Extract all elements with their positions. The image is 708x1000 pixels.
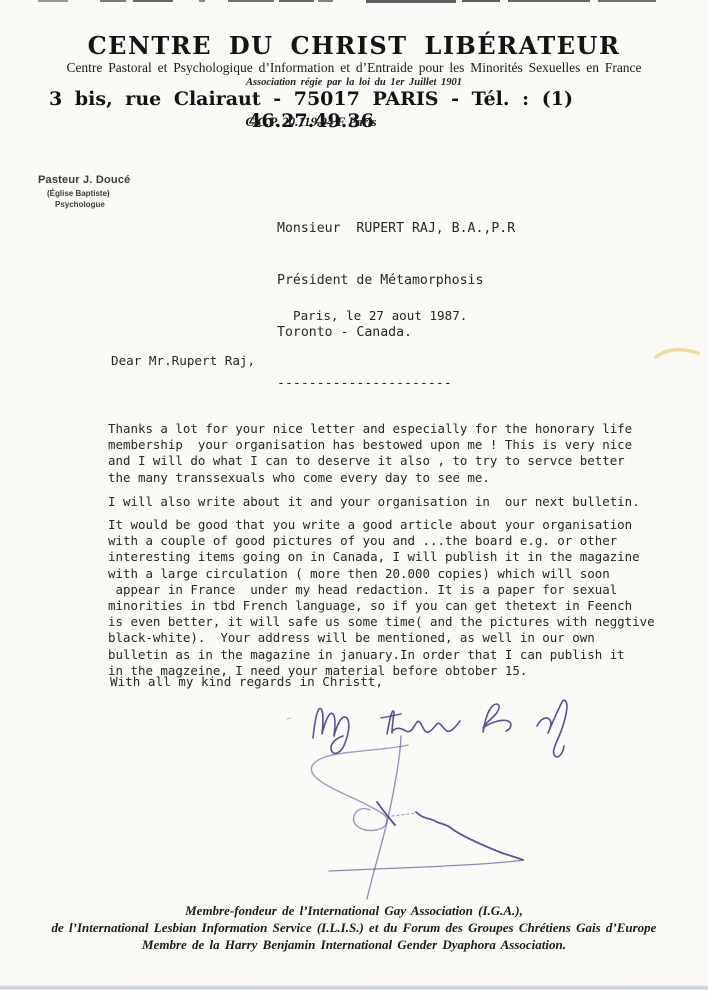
- recipient-block: Monsieur RUPERT RAJ, B.A.,P.R Président …: [277, 186, 515, 427]
- handwriting-stray-mark: [287, 718, 291, 719]
- recipient-role: Président de Métamorphosis: [277, 272, 515, 289]
- footer-line-1: Membre-fondeur de l’International Gay As…: [0, 902, 708, 919]
- closing-line: With all my kind regards in Christt,: [110, 674, 383, 689]
- signature-loop: [311, 745, 408, 830]
- body-paragraph-3: It would be good that you write a good a…: [108, 517, 655, 679]
- body-paragraph-2: I will also write about it and your orga…: [108, 494, 640, 510]
- handwriting-word-thanks: [392, 721, 460, 732]
- recipient-name: Monsieur RUPERT RAJ, B.A.,P.R: [277, 220, 515, 237]
- org-title: CENTRE DU CHRIST LIBÉRATEUR: [0, 31, 708, 60]
- handwriting-word-all: [537, 700, 567, 757]
- recipient-underline: ----------------------: [277, 375, 515, 392]
- footer-line-3: Membre de la Harry Benjamin Internationa…: [0, 936, 708, 953]
- signature-squiggle: [416, 812, 523, 860]
- salutation: Dear Mr.Rupert Raj,: [111, 353, 255, 368]
- signature-dotted: [392, 813, 417, 816]
- yellow-highlight-mark: [648, 340, 706, 366]
- dateline: Paris, le 27 aout 1987.: [293, 308, 467, 323]
- sender-title: Psychologue: [55, 200, 130, 209]
- handwritten-signature: [280, 688, 580, 900]
- scanned-letter-page: CENTRE DU CHRIST LIBÉRATEUR Centre Pasto…: [0, 0, 708, 1000]
- signature-tick: [377, 802, 395, 825]
- handwriting-word-many: [313, 709, 349, 754]
- footer-memberships: Membre-fondeur de l’International Gay As…: [0, 902, 708, 953]
- signature-diagonal: [367, 736, 401, 899]
- signature-underline: [329, 860, 523, 871]
- body-paragraph-1: Thanks a lot for your nice letter and es…: [108, 421, 632, 486]
- org-association-line: Association régie par la loi du 1er Juil…: [0, 77, 708, 88]
- sender-name: Pasteur J. Doucé: [38, 174, 130, 186]
- footer-line-2: de l’International Lesbian Information S…: [0, 919, 708, 936]
- sender-block: Pasteur J. Doucé (Église Baptiste) Psych…: [38, 174, 130, 209]
- sender-church: (Église Baptiste): [47, 189, 130, 198]
- org-ccp-line: C.C.P. 20.119.94 F Paris: [0, 114, 622, 130]
- scan-artifact-bottom-strip: [0, 990, 708, 1000]
- handwriting-word-for: [483, 704, 511, 732]
- recipient-city: Toronto - Canada.: [277, 324, 515, 341]
- org-subtitle: Centre Pastoral et Psychologique d’Infor…: [0, 60, 708, 76]
